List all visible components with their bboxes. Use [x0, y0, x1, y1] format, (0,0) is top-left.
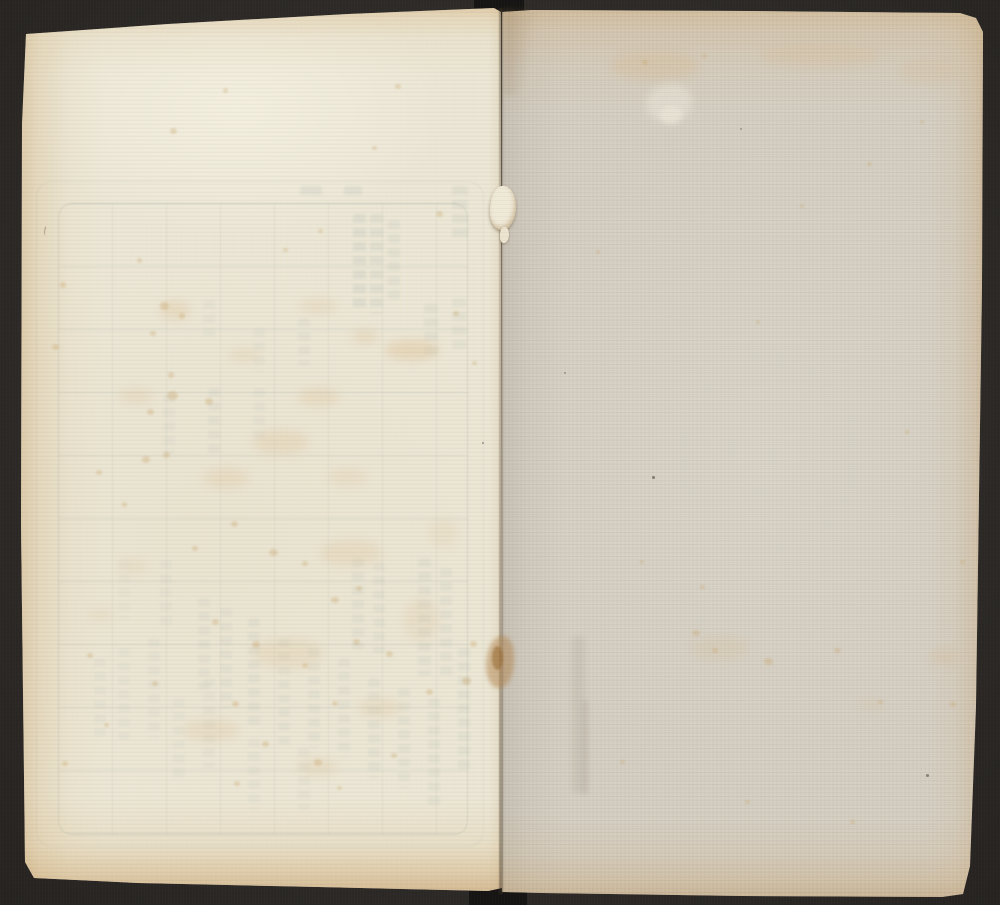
abraded-white-patch-core [660, 106, 682, 124]
water-streak-inner [582, 700, 589, 795]
photo-description: Photograph of an antique East Asian stab… [0, 0, 1, 1]
gutter-fold-line [499, 8, 503, 894]
bleedthrough-table-grid [58, 203, 468, 835]
gutter-stain-core [492, 646, 503, 670]
book-photo: Photograph of an antique East Asian stab… [0, 0, 1000, 905]
